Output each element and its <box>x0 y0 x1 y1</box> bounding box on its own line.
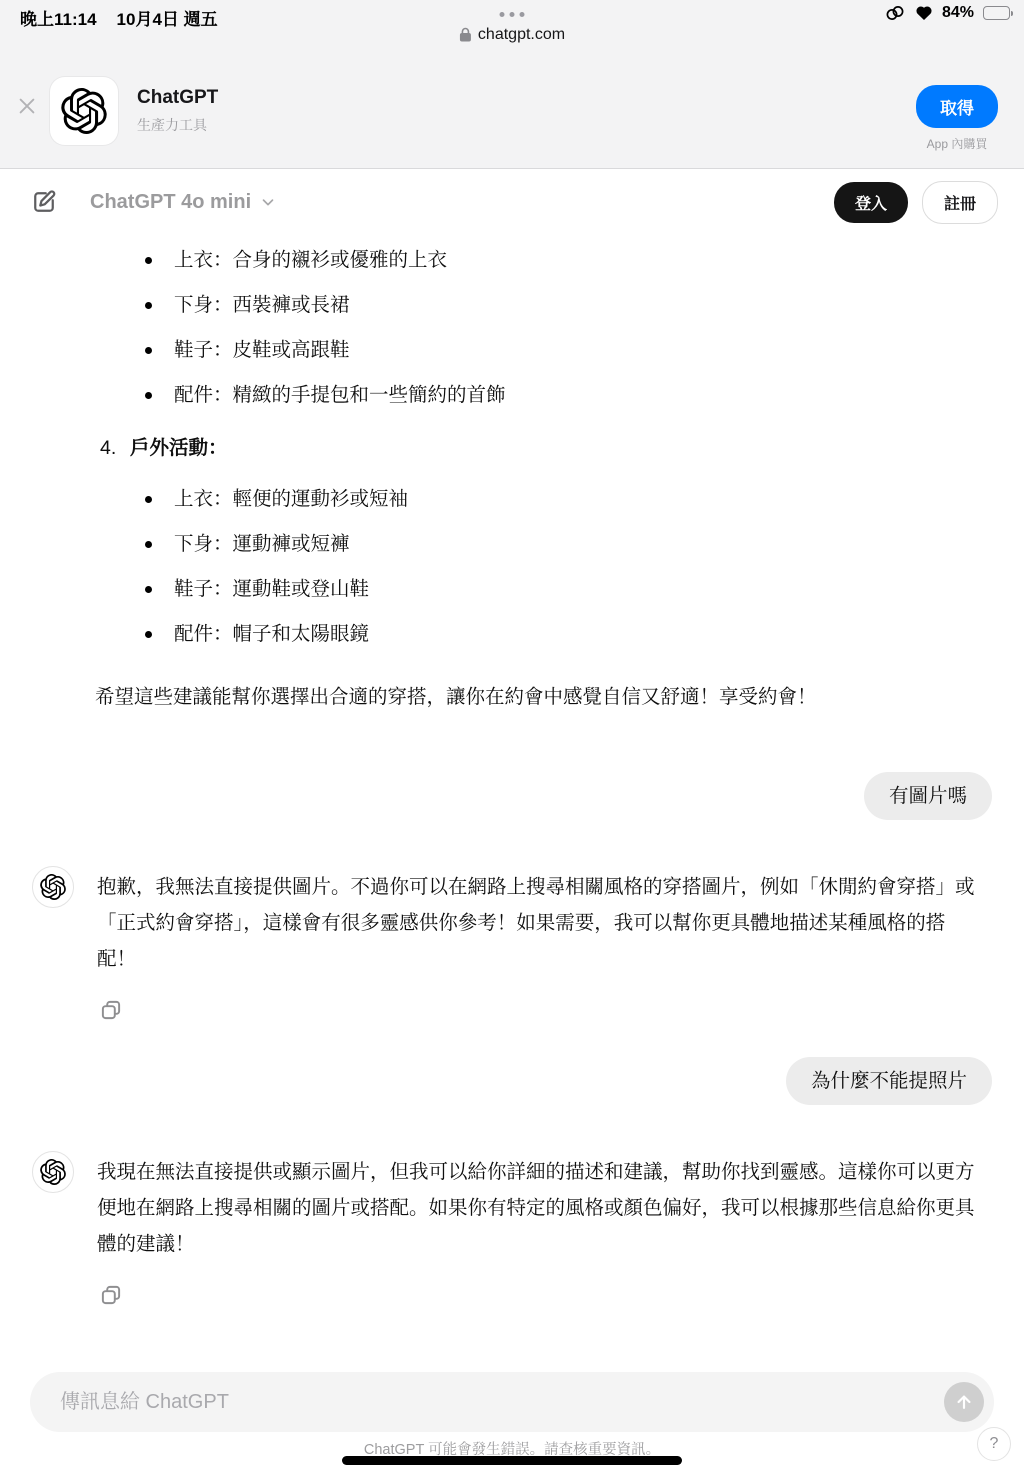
login-button[interactable]: 登入 <box>834 182 908 223</box>
list-item-text: 配件：精緻的手提包和一些簡約的首飾 <box>174 382 506 409</box>
assistant-closing-text: 希望這些建議能幫你選擇出合適的穿搭，讓你在約會中感覺自信又舒適！享受約會！ <box>95 680 976 714</box>
address-bar[interactable]: chatgpt.com <box>459 26 565 44</box>
openai-avatar-icon <box>40 1159 66 1185</box>
conversation-area: 上衣：合身的襯衫或優雅的上衣 下身：西裝褲或長裙 鞋子：皮鞋或高跟鞋 配件：精緻… <box>0 247 1024 1314</box>
message-composer <box>30 1372 994 1432</box>
user-message: 有圖片嗎 <box>95 772 992 820</box>
user-message: 為什麼不能提照片 <box>95 1057 992 1105</box>
signup-button[interactable]: 註冊 <box>922 181 998 224</box>
get-app-button[interactable]: 取得 <box>916 85 998 128</box>
openai-avatar-icon <box>40 874 66 900</box>
message-input[interactable] <box>60 1391 944 1414</box>
numbered-heading: 4. 戶外活動： <box>100 435 976 462</box>
app-banner-title: ChatGPT <box>137 87 218 109</box>
home-indicator[interactable] <box>342 1456 682 1465</box>
hotspot-link-icon <box>884 4 906 22</box>
user-message-bubble: 有圖片嗎 <box>864 772 992 820</box>
bullet-icon <box>145 302 152 309</box>
send-arrow-icon <box>954 1392 974 1412</box>
assistant-avatar <box>32 866 74 908</box>
compose-icon[interactable] <box>30 188 58 216</box>
bullet-icon <box>145 392 152 399</box>
list-item: 配件：帽子和太陽眼鏡 <box>145 621 976 648</box>
iap-note: App 內購買 <box>927 135 988 152</box>
list-item-text: 配件：帽子和太陽眼鏡 <box>174 621 369 648</box>
send-button[interactable] <box>944 1382 984 1422</box>
battery-icon <box>983 6 1010 20</box>
list-item-text: 鞋子：運動鞋或登山鞋 <box>174 576 369 603</box>
list-item: 鞋子：運動鞋或登山鞋 <box>145 576 976 603</box>
url-text: chatgpt.com <box>478 26 565 44</box>
list-item: 下身：西裝褲或長裙 <box>145 292 976 319</box>
chevron-down-icon <box>259 193 277 211</box>
chat-header: ChatGPT 4o mini 登入 註冊 <box>0 169 1024 235</box>
assistant-message: 抱歉，我無法直接提供圖片。不過你可以在網路上搜尋相關風格的穿搭圖片，例如「休閒約… <box>32 866 976 977</box>
help-button[interactable]: ? <box>977 1427 1011 1461</box>
list-item: 下身：運動褲或短褲 <box>145 531 976 558</box>
status-time: 晚上11:14 <box>20 5 97 30</box>
list-item: 上衣：合身的襯衫或優雅的上衣 <box>145 247 976 274</box>
copy-icon[interactable] <box>98 1282 124 1308</box>
model-selector-label: ChatGPT 4o mini <box>90 191 251 214</box>
user-message-bubble: 為什麼不能提照片 <box>786 1057 992 1105</box>
list-item: 上衣：輕便的運動衫或短袖 <box>145 486 976 513</box>
bullet-icon <box>145 631 152 638</box>
outfit-list-formal: 上衣：合身的襯衫或優雅的上衣 下身：西裝褲或長裙 鞋子：皮鞋或高跟鞋 配件：精緻… <box>95 247 976 409</box>
openai-logo <box>61 88 107 134</box>
list-item-text: 鞋子：皮鞋或高跟鞋 <box>174 337 350 364</box>
list-item-text: 下身：西裝褲或長裙 <box>174 292 350 319</box>
bullet-icon <box>145 347 152 354</box>
bullet-icon <box>145 496 152 503</box>
list-item: 鞋子：皮鞋或高跟鞋 <box>145 337 976 364</box>
copy-icon[interactable] <box>98 997 124 1023</box>
assistant-message-text: 我現在無法直接提供或顯示圖片，但我可以給你詳細的描述和建議，幫助你找到靈感。這樣… <box>97 1151 976 1262</box>
bullet-icon <box>145 257 152 264</box>
tab-overview-dots[interactable] <box>500 12 525 17</box>
browser-top-chrome: 晚上11:14 10月4日 週五 chatgpt.com 84% ChatGPT… <box>0 0 1024 169</box>
list-item-text: 下身：運動褲或短褲 <box>174 531 350 558</box>
status-bar-right: 84% <box>884 4 1010 22</box>
status-date: 10月4日 週五 <box>117 5 218 30</box>
assistant-message: 我現在無法直接提供或顯示圖片，但我可以給你詳細的描述和建議，幫助你找到靈感。這樣… <box>32 1151 976 1262</box>
smart-app-banner: ChatGPT 生產力工具 取得 App 內購買 <box>0 56 1024 166</box>
heart-icon <box>915 5 933 21</box>
app-banner-subtitle: 生產力工具 <box>137 115 218 135</box>
numbered-heading-title: 戶外活動： <box>130 435 228 462</box>
battery-percent: 84% <box>942 4 974 22</box>
bullet-icon <box>145 541 152 548</box>
close-icon[interactable] <box>16 95 38 117</box>
chatgpt-app-icon <box>50 77 118 145</box>
assistant-message-text: 抱歉，我無法直接提供圖片。不過你可以在網路上搜尋相關風格的穿搭圖片，例如「休閒約… <box>97 866 976 977</box>
bullet-icon <box>145 586 152 593</box>
outfit-list-outdoor: 上衣：輕便的運動衫或短袖 下身：運動褲或短褲 鞋子：運動鞋或登山鞋 配件：帽子和… <box>95 486 976 648</box>
assistant-avatar <box>32 1151 74 1193</box>
app-banner-meta: ChatGPT 生產力工具 <box>137 87 218 135</box>
numbered-heading-index: 4. <box>100 435 130 462</box>
lock-icon <box>459 27 472 43</box>
list-item-text: 上衣：輕便的運動衫或短袖 <box>174 486 408 513</box>
list-item: 配件：精緻的手提包和一些簡約的首飾 <box>145 382 976 409</box>
list-item-text: 上衣：合身的襯衫或優雅的上衣 <box>174 247 447 274</box>
status-bar-left: 晚上11:14 10月4日 週五 <box>20 5 218 30</box>
model-selector[interactable]: ChatGPT 4o mini <box>90 191 277 214</box>
ipad-safari-chatgpt-screen: 晚上11:14 10月4日 週五 chatgpt.com 84% ChatGPT… <box>0 0 1024 1474</box>
